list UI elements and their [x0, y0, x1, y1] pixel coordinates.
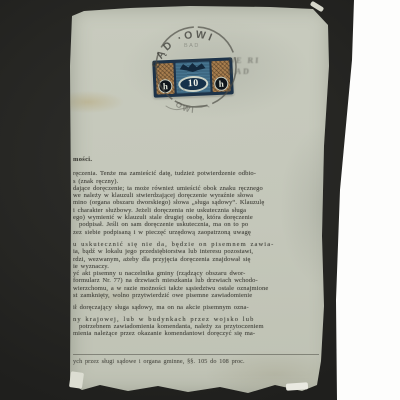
postmark-date-marks: 9 5: [178, 88, 186, 94]
text-line: we należy w klauzuli stwierdzającej dorę…: [73, 192, 320, 199]
text-line: ie wyznaczy.: [73, 263, 320, 270]
text-line: s (znak ręczny).: [73, 178, 320, 185]
document-text-block: mości. ręczenia. Tenże ma zamieścić datę…: [73, 156, 320, 365]
text-line: st zamknięty, wolno przytwierdzić owe pi…: [73, 292, 320, 299]
text-line: ił doręczający sługa sądowy, ma on na ak…: [73, 304, 320, 311]
paragraph-4: ny krajowej, lub w budynkach przez wojsk…: [73, 316, 320, 338]
text-line: rdzi, wezwanym, ażeby dla przyjęcia dorę…: [73, 256, 320, 263]
heading-line: mości.: [73, 156, 320, 163]
text-line: wierzchomu, a w razie możności także sąs…: [73, 285, 320, 292]
torn-edge-chip: [69, 371, 84, 389]
footnote-line: ych przez sługi sądowe i organa gminne, …: [73, 358, 320, 365]
text-line: mino (organa obszaru dworskiego) słowa „…: [73, 199, 320, 206]
text-line: dające doręczenie; ta może również umieś…: [73, 185, 320, 192]
cancellation-postmark: SĄD ·OWI BAD OWI 9 5 ı 6: [150, 22, 242, 114]
text-line: podpisał. Jeśli on sam doręczenie uskute…: [73, 221, 326, 228]
text-line: ego) wymienić w klauzuli stale drugiej o…: [73, 214, 320, 221]
text-line: mienia należące przez okazanie komendant…: [73, 330, 320, 337]
text-line: i charakter służbowy. Jeżeli doręczenia …: [73, 207, 320, 214]
text-line: formularz Nr. 77) na drzwiach mieszkania…: [73, 277, 320, 284]
paragraph-2: u uskutecznić się nie da, będzie on pise…: [73, 241, 320, 299]
text-line: yć akt pisemny u naczelnika gminy (rządz…: [73, 270, 320, 277]
postmark-arc-text: SĄD ·OWI: [150, 29, 216, 70]
text-line: ia, bądź w lokalu jego przedsiębiorstwa …: [73, 248, 320, 255]
postmark-inner-top-text: BAD: [184, 43, 200, 49]
text-line: potrzebnem zawiadomienia komendanta, nal…: [73, 323, 326, 330]
paragraph-3: ił doręczający sługa sądowy, ma on na ak…: [73, 304, 320, 311]
text-line: ręczenia. Tenże ma zamieścić datę, tudzi…: [73, 170, 320, 177]
paragraph-1: ręczenia. Tenże ma zamieścić datę, tudzi…: [73, 170, 320, 236]
text-line: ny krajowej, lub w budynkach przez wojsk…: [73, 316, 320, 323]
text-line: u uskutecznić się nie da, będzie on pise…: [73, 241, 320, 248]
text-line: zez siebie podpisaną i w pieczęć urzędow…: [73, 229, 320, 236]
footnote-rule: [73, 354, 319, 355]
